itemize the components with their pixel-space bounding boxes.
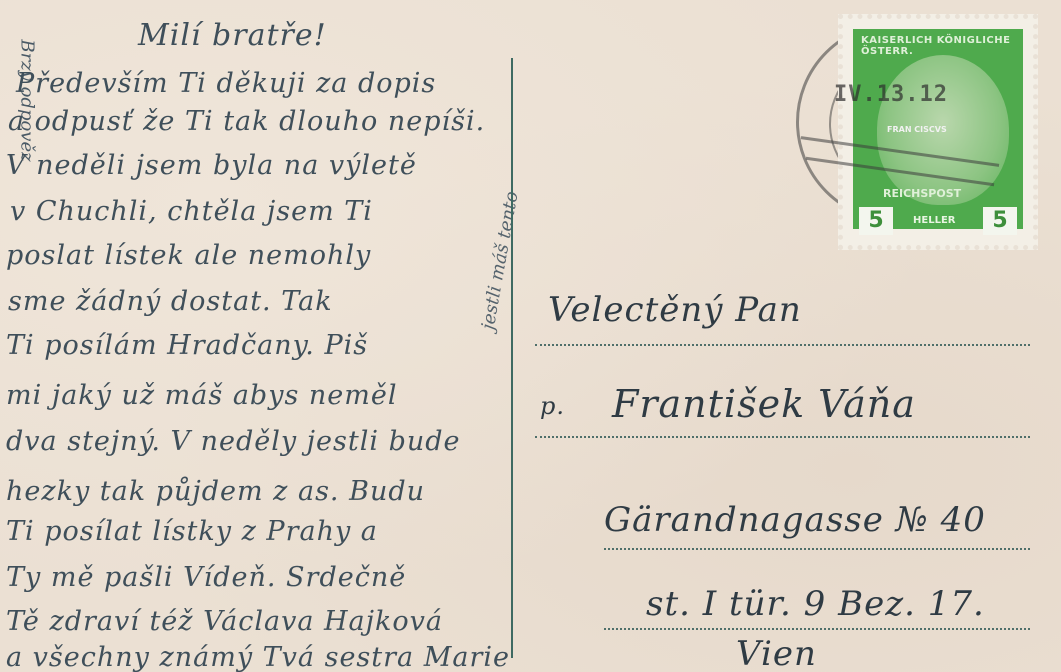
message-line: Především Ti děkuji za dopis [16, 68, 436, 99]
postage-stamp: KAISERLICH KÖNIGLICHE ÖSTERR. FRAN CISCV… [838, 14, 1038, 250]
message-line: mi jaký už máš abys neměl [6, 380, 397, 411]
stamp-top-inscription: KAISERLICH KÖNIGLICHE ÖSTERR. [861, 35, 1023, 57]
postcard: Brzy odpověz Milí bratře! Především Ti d… [0, 0, 1061, 672]
message-line: Ti posílám Hradčany. Piš [6, 330, 368, 361]
message-line: v Chuchli, chtěla jsem Ti [10, 196, 373, 227]
message-line: a odpusť že Ti tak dlouho nepíši. [8, 106, 485, 137]
message-line: poslat lístek ale nemohly [6, 240, 371, 271]
address-salutation: Velectěný Pan [548, 290, 802, 330]
margin-note-center: jestli máš tento [478, 190, 523, 332]
stamp-face: KAISERLICH KÖNIGLICHE ÖSTERR. FRAN CISCV… [853, 29, 1023, 229]
address-dotted-line [604, 628, 1030, 630]
postmark-date: IV.13.12 [834, 82, 948, 107]
message-line: Tě zdraví též Václava Hajková [6, 606, 443, 637]
stamp-value-right: 5 [983, 207, 1017, 235]
address-dotted-line [604, 548, 1030, 550]
address-apartment: st. I tür. 9 Bez. 17. [646, 584, 985, 624]
address-city: Vien [736, 634, 817, 672]
message-line: V neděli jsem byla na výletě [6, 150, 417, 181]
stamp-currency: HELLER [913, 215, 955, 226]
divider-line [511, 58, 513, 658]
address-dotted-line [535, 344, 1030, 346]
message-line: dva stejný. V neděly jestli bude [6, 426, 461, 457]
message-line: hezky tak půjdem z as. Budu [6, 476, 425, 507]
address-prefix: p. [540, 392, 565, 420]
message-line: a všechny známý Tvá sestra Marie [6, 642, 510, 672]
stamp-bottom-inscription: REICHSPOST [883, 187, 961, 200]
stamp-portrait-caption: FRAN CISCVS [887, 125, 947, 135]
address-recipient-name: František Váňa [612, 382, 916, 426]
address-street: Gärandnagasse № 40 [604, 500, 986, 540]
message-line: Ty mě pašli Vídeň. Srdečně [6, 562, 406, 593]
address-dotted-line [535, 436, 1030, 438]
message-line: Ti posílat lístky z Prahy a [6, 516, 378, 547]
message-line: sme žádný dostat. Tak [8, 286, 333, 317]
greeting: Milí bratře! [138, 18, 327, 53]
margin-note-left: Brzy odpověz [17, 39, 38, 161]
stamp-value-left: 5 [859, 207, 893, 235]
